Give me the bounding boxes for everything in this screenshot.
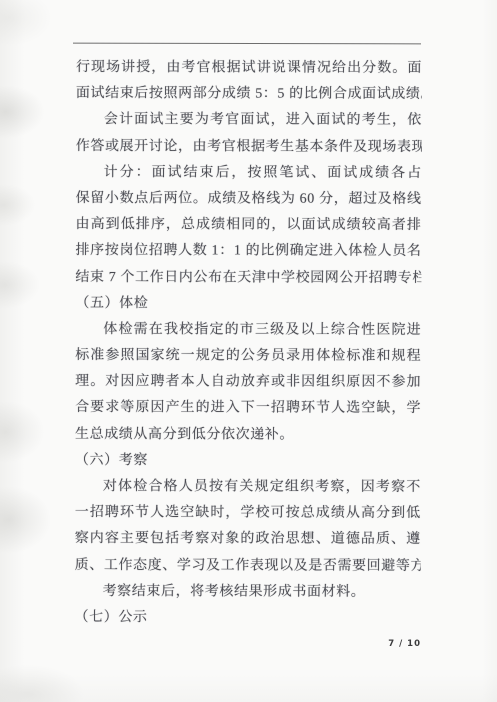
- text-line: 体检需在我校指定的市三级及以上综合性医院进行，体检项目和: [75, 317, 421, 344]
- text-line: 考察结束后，将考核结果形成书面材料。: [75, 579, 421, 606]
- section-heading-6: （六）考察: [75, 448, 421, 475]
- text-line: 结束 7 个工作日内公布在天津中学校园网公开招聘专栏。: [75, 264, 421, 291]
- text-line: 对体检合格人员按有关规定组织考察，因考察不合格出现进入下: [75, 474, 421, 501]
- text-line: 察内容主要包括考察对象的政治思想、道德品质、遵纪守法、能力素: [75, 526, 421, 553]
- page-number: 7 / 10: [388, 639, 421, 649]
- text-line: 理。对因应聘者本人自动放弃或非因组织原因不参加体检或体检不符: [75, 369, 421, 396]
- text-line: 生总成绩从高分到低分依次递补。: [75, 422, 421, 449]
- text-line: 质、工作态度、学习及工作表现以及是否需要回避等方面的情况。: [75, 553, 421, 580]
- text-line: 合要求等原因产生的进入下一招聘环节人选空缺，学校根据需要按考: [75, 395, 421, 422]
- text-line: 行现场讲授，由考官根据试讲说课情况给出分数。面试总分为 100 分，: [76, 55, 422, 82]
- text-line: 标准参照国家统一规定的公务员录用体检标准和规程执行，费用自: [75, 343, 421, 370]
- header-rule: [73, 43, 421, 45]
- text-line: 一招聘环节人选空缺时，学校可按总成绩从高分到低分依次递补。考: [75, 500, 421, 527]
- document-body: 行现场讲授，由考官根据试讲说课情况给出分数。面试总分为 100 分， 面试结束后…: [74, 55, 422, 632]
- text-line: 计分：面试结束后，按照笔试、面试成绩各占 50%计算总成绩，: [76, 160, 422, 187]
- text-line: 由高到低排序，总成绩相同的，以面试成绩较高者排前。根据总成绩: [76, 212, 422, 239]
- text-line: 排序按岗位招聘人数 1：1 的比例确定进入体检人员名单，并在面试: [75, 238, 421, 265]
- text-line: 面试结束后按照两部分成绩 5：5 的比例合成面试成绩。: [76, 81, 422, 108]
- section-heading-7: （七）公示: [74, 605, 420, 632]
- scanned-document-page: 行现场讲授，由考官根据试讲说课情况给出分数。面试总分为 100 分， 面试结束后…: [0, 0, 497, 702]
- text-line: 会计面试主要为考官面试，进入面试的考生，依据考官现场命题: [76, 107, 422, 134]
- section-heading-5: （五）体检: [75, 291, 421, 318]
- text-line: 作答或展开讨论，由考官根据考生基本条件及现场表现给出分数。: [76, 134, 422, 161]
- text-line: 保留小数点后两位。成绩及格线为 60 分，超过及格线的考生按成绩: [76, 186, 422, 213]
